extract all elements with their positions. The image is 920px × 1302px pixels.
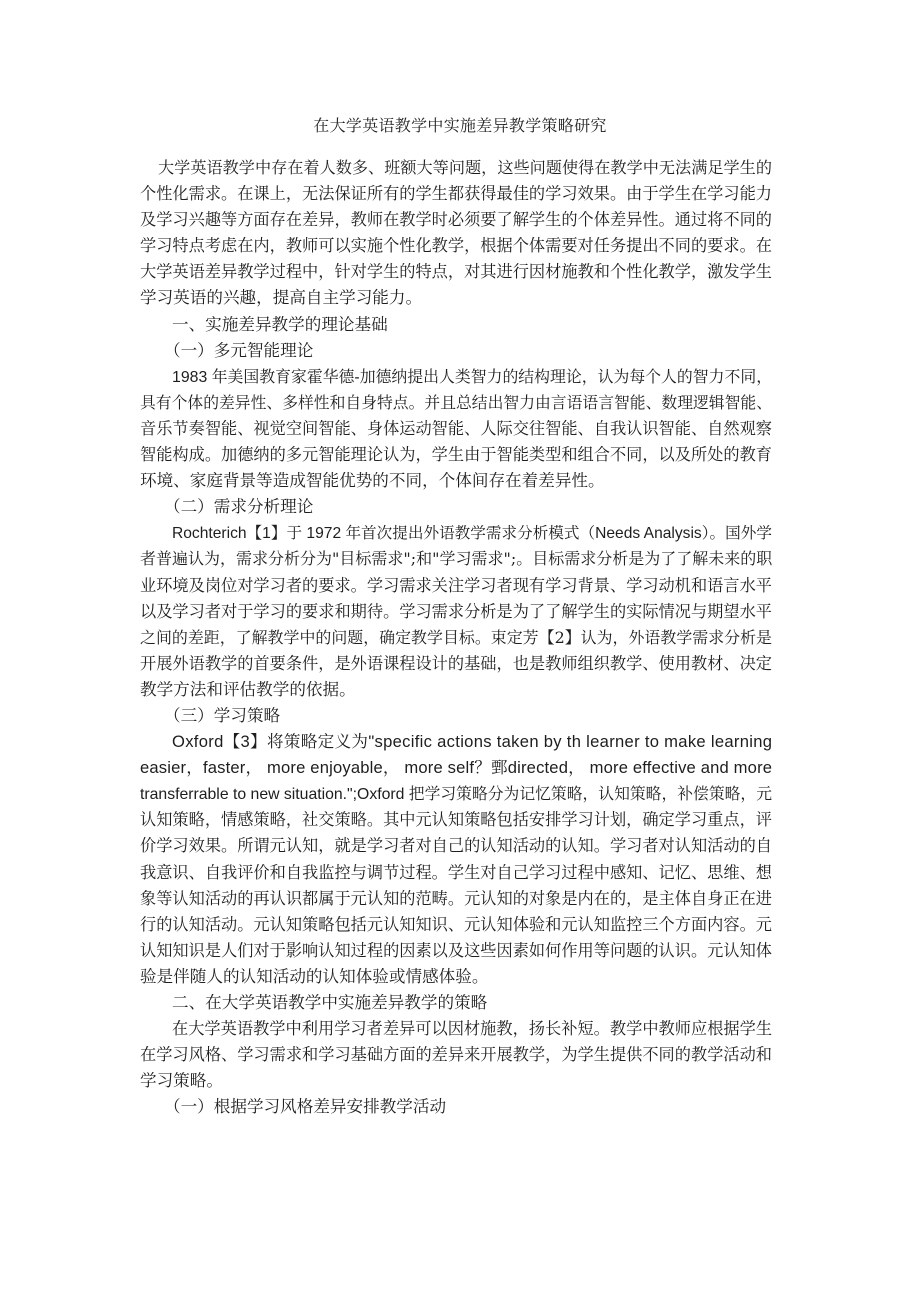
- text-run: Needs Analysis: [595, 525, 702, 542]
- text-line: 以及学习者对于学习的要求和期待。学习需求分析是为了了解学生的实际情况与期望水平: [140, 599, 772, 625]
- text-run: ，: [246, 758, 263, 777]
- section-heading-line: （一）根据学习风格差异安排教学活动: [140, 1094, 772, 1120]
- section-heading-line: 一、实施差异教学的理论基础: [140, 312, 772, 338]
- document-title: 在大学英语教学中实施差异教学策略研究: [140, 114, 780, 138]
- text-line: 我意识、自我评价和自我监控与调节过程。学生对自己学习过程中感知、记忆、思维、想: [140, 860, 772, 886]
- section-heading-line: （一）多元智能理论: [140, 338, 772, 364]
- text-run: easier: [140, 758, 186, 777]
- text-run: ，: [383, 758, 400, 777]
- section-heading-line: （二）需求分析理论: [140, 494, 772, 520]
- text-line: 之间的差距，了解教学中的问题，确定教学目标。束定芳【2】认为，外语教学需求分析是: [140, 625, 772, 651]
- text-line: easier，faster， more enjoyable， more self…: [140, 755, 772, 781]
- text-line: 者普遍认为，需求分析分为"目标需求";和"学习需求";。目标需求分析是为了了解未…: [140, 546, 772, 572]
- text-run: ，: [568, 758, 585, 777]
- text-run: 年美国教育家霍华德: [212, 367, 355, 386]
- text-run: transferrable to new situation.";Oxford: [140, 786, 409, 803]
- text-line: 学习特点考虑在内，教师可以实施个性化教学，根据个体需要对任务提出不同的要求。在: [140, 233, 772, 259]
- text-run: faster: [203, 758, 246, 777]
- text-line: 验是伴随人的认知活动的认知体验或情感体验。: [140, 964, 772, 990]
- text-line: 智能构成。加德纳的多元智能理论认为，学生由于智能类型和组合不同，以及所处的教育: [140, 442, 772, 468]
- text-run: Oxford: [172, 732, 224, 751]
- text-line: 开展外语教学的首要条件，是外语课程设计的基础，也是教师组织教学、使用教材、决定: [140, 651, 772, 677]
- text-run: ）。国外学: [702, 524, 772, 542]
- text-run: "specific actions taken by th learner to…: [368, 732, 772, 751]
- text-line: 及学习兴趣等方面存在差异，教师在教学时必须要了解学生的个体差异性。通过将不同的: [140, 207, 772, 233]
- text-line: Oxford【3】将策略定义为"specific actions taken b…: [140, 729, 772, 755]
- text-line: 学习英语的兴趣，提高自主学习能力。: [140, 285, 772, 311]
- text-run: 加德纳提出人类智力的结构理论，认为每个人的智力不同，: [360, 367, 772, 386]
- text-line: 具有个体的差异性、多样性和自身特点。并且总结出智力由言语语言智能、数理逻辑智能、: [140, 390, 772, 416]
- text-line: 价学习效果。所谓元认知，就是学习者对自己的认知活动的认知。学习者对认知活动的自: [140, 833, 772, 859]
- text-line: 音乐节奏智能、视觉空间智能、身体运动智能、人际交往智能、自我认识智能、自然观察: [140, 416, 772, 442]
- document-body: 大学英语教学中存在着人数多、班额大等问题，这些问题使得在教学中无法满足学生的个性…: [140, 155, 772, 1120]
- text-line: Rochterich【1】于 1972 年首次提出外语教学需求分析模式（Need…: [140, 520, 772, 546]
- text-line: 个性化需求。在课上，无法保证所有的学生都获得最佳的学习效果。由于学生在学习能力: [140, 181, 772, 207]
- text-run: 【: [224, 732, 241, 751]
- text-run: more self: [400, 758, 475, 777]
- text-line: 教学方法和评估教学的依据。: [140, 677, 772, 703]
- text-run: 】于: [271, 524, 302, 542]
- text-run: 3: [241, 732, 251, 751]
- text-run: 1: [262, 525, 271, 542]
- text-run: directed: [508, 758, 568, 777]
- text-run: more enjoyable: [262, 758, 383, 777]
- text-run: 把学习策略分为记忆策略，认知策略，补偿策略，元: [409, 784, 772, 803]
- section-heading-line: 二、在大学英语教学中实施差异教学的策略: [140, 990, 772, 1016]
- text-line: 象等认知活动的再认识都属于元认知的范畴。元认知的对象是内在的，是主体自身正在进: [140, 886, 772, 912]
- text-line: 环境、家庭背景等造成智能优势的不同，个体间存在着差异性。: [140, 468, 772, 494]
- text-line: 学习策略。: [140, 1068, 772, 1094]
- text-line: 在大学英语教学中利用学习者差异可以因材施教，扬长补短。教学中教师应根据学生: [140, 1016, 772, 1042]
- text-run: Rochterich: [172, 525, 247, 542]
- text-line: 大学英语差异教学过程中，针对学生的特点，对其进行因材施教和个性化教学，激发学生: [140, 259, 772, 285]
- document-page: 在大学英语教学中实施差异教学策略研究 大学英语教学中存在着人数多、班额大等问题，…: [0, 0, 920, 1302]
- text-run: more effective and more: [585, 758, 772, 777]
- text-run: 1983: [172, 369, 212, 386]
- text-run: ？鄄: [474, 758, 508, 777]
- text-line: 行的认知活动。元认知策略包括元认知知识、元认知体验和元认知监控三个方面内容。元: [140, 912, 772, 938]
- section-heading-line: （三）学习策略: [140, 703, 772, 729]
- text-line: 业环境及岗位对学习者的要求。学习需求关注学习者现有学习背景、学习动机和语言水平: [140, 573, 772, 599]
- text-run: 】将策略定义为: [250, 732, 368, 751]
- text-run: 【: [247, 524, 263, 542]
- text-line: 1983 年美国教育家霍华德-加德纳提出人类智力的结构理论，认为每个人的智力不同…: [140, 364, 772, 390]
- text-run: 1972: [302, 525, 345, 542]
- text-run: 年首次提出外语教学需求分析模式（: [345, 524, 595, 542]
- text-line: 在学习风格、学习需求和学习基础方面的差异来开展教学，为学生提供不同的教学活动和: [140, 1042, 772, 1068]
- text-line: 大学英语教学中存在着人数多、班额大等问题，这些问题使得在教学中无法满足学生的: [140, 155, 772, 181]
- text-run: ，: [186, 758, 203, 777]
- text-line: 认知策略，情感策略，社交策略。其中元认知策略包括安排学习计划，确定学习重点，评: [140, 807, 772, 833]
- text-line: 认知知识是人们对于影响认知过程的因素以及这些因素如何作用等问题的认识。元认知体: [140, 938, 772, 964]
- text-line: transferrable to new situation.";Oxford …: [140, 781, 772, 807]
